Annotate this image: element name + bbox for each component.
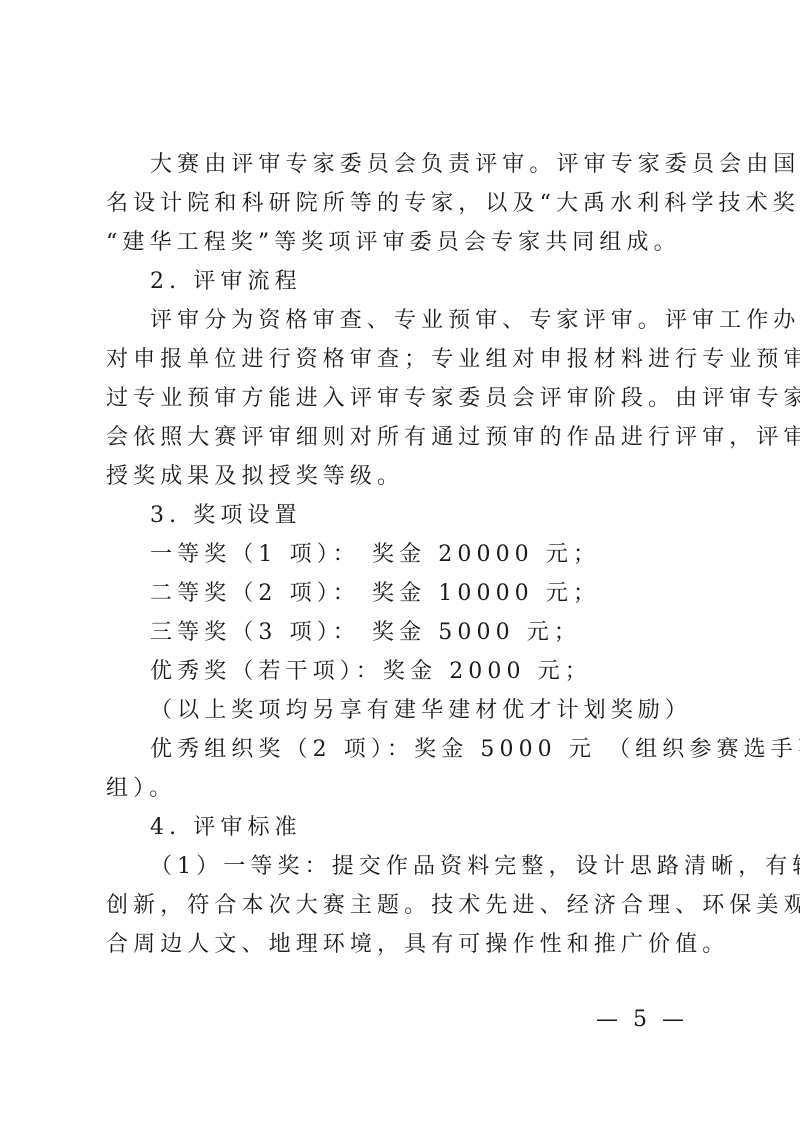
- criteria-first-prize-line-1: （1）一等奖：提交作品资料完整，设计思路清晰，有较大: [150, 852, 702, 882]
- paragraph-committee-line-2: 名设计院和科研院所等的专家，以及“大禹水利科学技术奖”、: [106, 189, 702, 219]
- paragraph-process-line-2: 对申报单位进行资格审查；专业组对申报材料进行专业预审，通: [106, 345, 702, 375]
- award-second-prize: 二等奖（2 项）： 奖金 10000 元；: [150, 579, 702, 609]
- page-number: — 5 —: [596, 1005, 688, 1035]
- criteria-first-prize-line-2: 创新，符合本次大赛主题。技术先进、经济合理、环保美观，符: [106, 891, 702, 921]
- award-note: （以上奖项均另享有建华建材优才计划奖励）: [150, 696, 702, 726]
- award-organization-line-2: 组）。: [106, 774, 702, 804]
- award-excellence-prize: 优秀奖（若干项）：奖金 2000 元；: [150, 657, 702, 687]
- paragraph-committee-line-3: “建华工程奖”等奖项评审委员会专家共同组成。: [106, 228, 702, 258]
- award-third-prize: 三等奖（3 项）： 奖金 5000 元；: [150, 618, 702, 648]
- paragraph-process-line-3: 过专业预审方能进入评审专家委员会评审阶段。由评审专家委员: [106, 384, 702, 414]
- paragraph-process-line-4: 会依照大赛评审细则对所有通过预审的作品进行评审，评审出拟: [106, 423, 702, 453]
- paragraph-process-line-1: 评审分为资格审查、专业预审、专家评审。评审工作办公室: [150, 306, 702, 336]
- section-heading-criteria: 4. 评审标准: [150, 813, 702, 843]
- paragraph-committee-line-1: 大赛由评审专家委员会负责评审。评审专家委员会由国内知: [150, 150, 702, 180]
- section-heading-awards: 3. 奖项设置: [150, 501, 702, 531]
- document-page: 大赛由评审专家委员会负责评审。评审专家委员会由国内知 名设计院和科研院所等的专家…: [0, 0, 800, 1131]
- section-heading-review-process: 2. 评审流程: [150, 267, 702, 297]
- paragraph-process-line-5: 授奖成果及拟授奖等级。: [106, 462, 702, 492]
- award-organization-line-1: 优秀组织奖（2 项）：奖金 5000 元 （组织参赛选手不少于 3: [150, 735, 702, 765]
- criteria-first-prize-line-3: 合周边人文、地理环境，具有可操作性和推广价值。: [106, 930, 702, 960]
- award-first-prize: 一等奖（1 项）： 奖金 20000 元；: [150, 540, 702, 570]
